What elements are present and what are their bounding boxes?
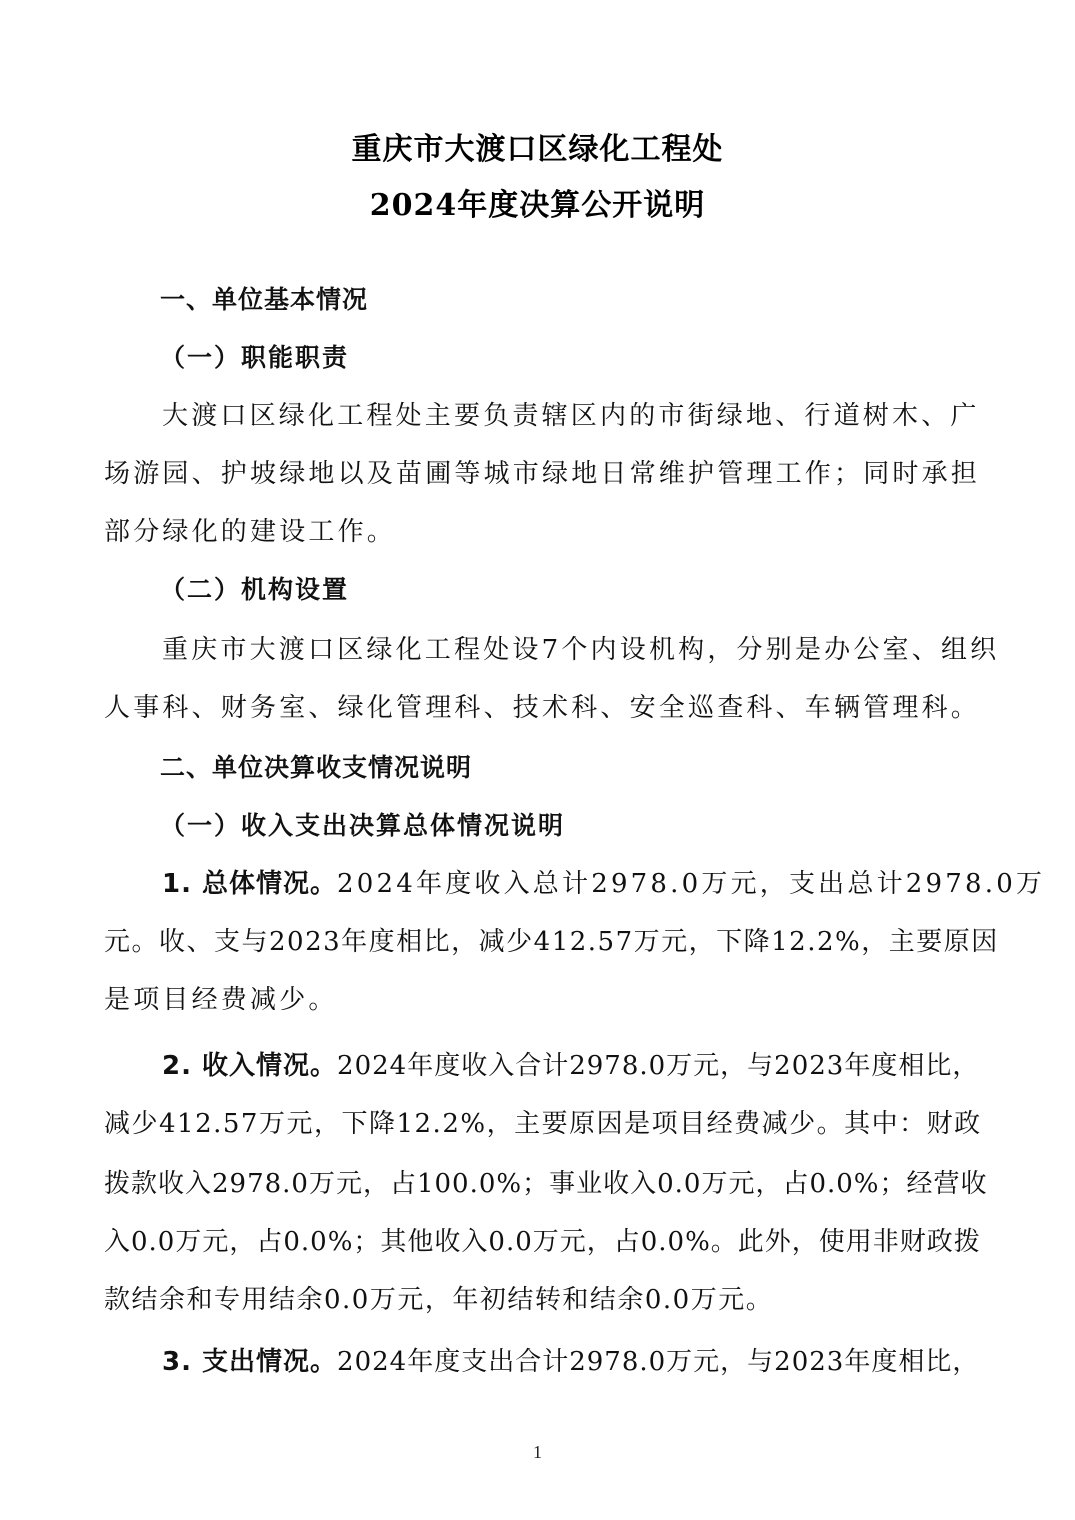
document-page: 重庆市大渡口区绿化工程处 2024年度决算公开说明 一、单位基本情况 （一）职能…: [0, 0, 1075, 1520]
paragraph-overall-line3: 是项目经费减少。: [104, 982, 338, 1018]
item-lead-income: 2. 收入情况。: [162, 1048, 337, 1084]
document-title-line1: 重庆市大渡口区绿化工程处: [0, 130, 1075, 170]
item-lead-overall: 1. 总体情况。: [162, 866, 337, 902]
paragraph-income-line2: 减少412.57万元，下降12.2%，主要原因是项目经费减少。其中：财政: [104, 1106, 972, 1142]
paragraph-income-line3: 拨款收入2978.0万元，占100.0%；事业收入0.0万元，占0.0%；经营收: [104, 1166, 972, 1202]
section-heading-basic-info: 一、单位基本情况: [160, 282, 368, 318]
paragraph-income-line4: 入0.0万元，占0.0%；其他收入0.0万元，占0.0%。此外，使用非财政拨: [104, 1224, 972, 1260]
item-text-expense: 2024年度支出合计2978.0万元，与2023年度相比，: [337, 1344, 979, 1380]
subsection-heading-functions: （一）职能职责: [160, 340, 349, 376]
document-title-line2: 2024年度决算公开说明: [0, 186, 1075, 226]
paragraph-functions-line3: 部分绿化的建设工作。: [104, 514, 396, 550]
item-text-income: 2024年度收入合计2978.0万元，与2023年度相比，: [337, 1048, 979, 1084]
paragraph-organization-line2: 人事科、财务室、绿化管理科、技术科、安全巡查科、车辆管理科。: [104, 690, 954, 726]
page-number: 1: [0, 1442, 1075, 1463]
subsection-heading-overall: （一）收入支出决算总体情况说明: [160, 808, 565, 844]
item-lead-expense: 3. 支出情况。: [162, 1344, 337, 1380]
subsection-heading-organization: （二）机构设置: [160, 572, 349, 608]
paragraph-expense-line1: 3. 支出情况。 2024年度支出合计2978.0万元，与2023年度相比，: [162, 1344, 972, 1380]
paragraph-organization-line1: 重庆市大渡口区绿化工程处设7个内设机构，分别是办公室、组织: [162, 632, 972, 668]
paragraph-overall-line1: 1. 总体情况。 2024年度收入总计2978.0万元，支出总计2978.0万: [162, 866, 972, 902]
section-heading-budget: 二、单位决算收支情况说明: [160, 750, 472, 786]
paragraph-functions-line2: 场游园、护坡绿地以及苗圃等城市绿地日常维护管理工作；同时承担: [104, 456, 972, 492]
item-text-overall: 2024年度收入总计2978.0万元，支出总计2978.0万: [337, 866, 1045, 902]
paragraph-income-line5: 款结余和专用结余0.0万元，年初结转和结余0.0万元。: [104, 1282, 773, 1318]
paragraph-income-line1: 2. 收入情况。 2024年度收入合计2978.0万元，与2023年度相比，: [162, 1048, 972, 1084]
paragraph-overall-line2: 元。收、支与2023年度相比，减少412.57万元，下降12.2%，主要原因: [104, 924, 972, 960]
paragraph-functions-line1: 大渡口区绿化工程处主要负责辖区内的市街绿地、行道树木、广: [162, 398, 972, 434]
